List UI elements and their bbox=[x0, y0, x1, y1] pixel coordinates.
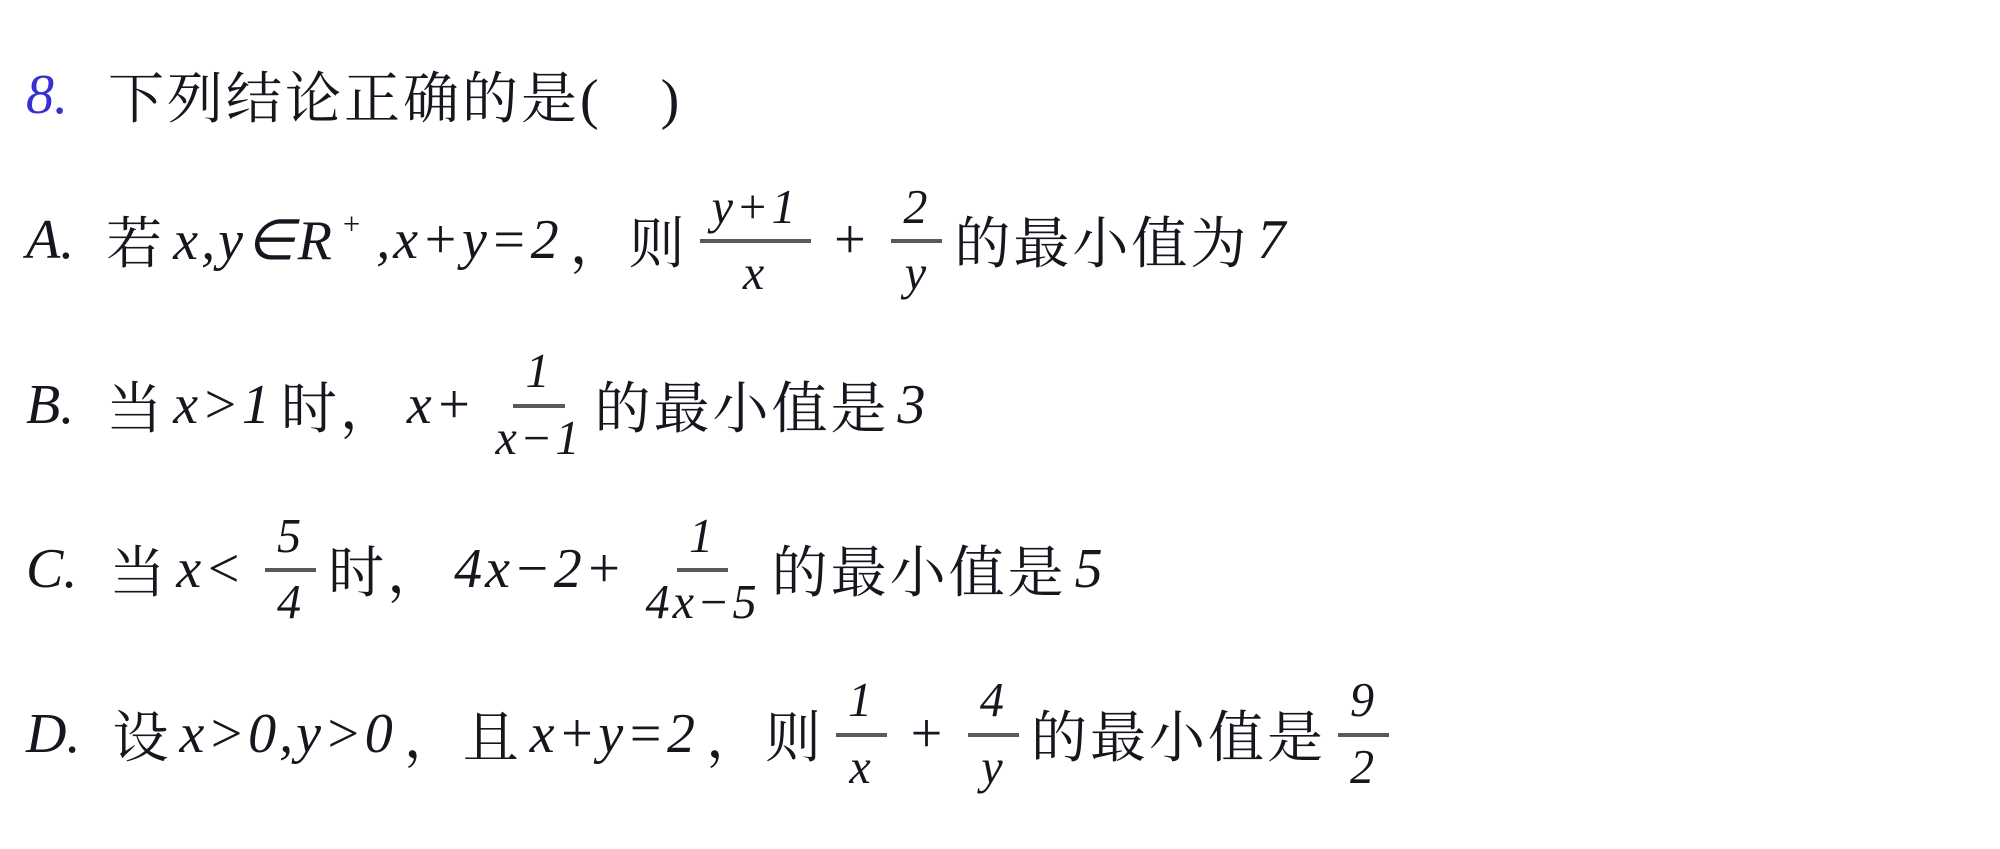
fraction-denominator: 2 bbox=[1350, 737, 1377, 794]
fraction-numerator: 1 bbox=[677, 510, 728, 573]
question-number: 8. bbox=[26, 63, 68, 127]
math-run: ,x+y=2 bbox=[376, 208, 561, 272]
chinese-text-run: 时， bbox=[328, 529, 446, 609]
chinese-text-run: 时， bbox=[281, 365, 399, 445]
math-run: x,y∈R bbox=[173, 208, 335, 273]
chinese-text-run: 的最小值是 bbox=[772, 529, 1067, 609]
fraction: 1x bbox=[836, 674, 887, 793]
option-c-label: C. bbox=[26, 537, 77, 601]
option-a-label: A. bbox=[26, 208, 74, 272]
math-run: + bbox=[831, 208, 872, 272]
math-run: 5 bbox=[1075, 537, 1106, 601]
fraction-numerator: 2 bbox=[891, 181, 942, 244]
fraction: y+1x bbox=[700, 181, 811, 300]
question-stem: 下列结论正确的是 bbox=[108, 55, 580, 135]
math-run: 4x−2+ bbox=[454, 537, 625, 601]
fraction: 54 bbox=[265, 510, 316, 629]
fraction: 4y bbox=[968, 674, 1019, 793]
chinese-text-run: 的最小值是 bbox=[594, 365, 889, 445]
fraction: 14x−5 bbox=[646, 510, 760, 629]
chinese-text-run: 的最小值为 bbox=[954, 200, 1249, 280]
fraction: 92 bbox=[1338, 674, 1389, 793]
fraction: 2y bbox=[891, 181, 942, 300]
chinese-text-run: 当 bbox=[109, 529, 168, 609]
option-a: A. 若x,y∈R+,x+y=2，则y+1x+2y的最小值为7 bbox=[26, 181, 1990, 300]
fraction-denominator: y bbox=[905, 243, 929, 300]
option-a-content: 若x,y∈R+,x+y=2，则y+1x+2y的最小值为7 bbox=[106, 181, 1296, 300]
chinese-text-run: ，则 bbox=[706, 694, 824, 774]
fraction-numerator: 4 bbox=[968, 674, 1019, 737]
chinese-text-run: 当 bbox=[106, 365, 165, 445]
fraction-numerator: y+1 bbox=[700, 181, 811, 244]
fraction-denominator: x bbox=[849, 737, 873, 794]
option-b-content: 当x>1时，x+1x−1的最小值是3 bbox=[106, 345, 936, 464]
fraction-denominator: 4x−5 bbox=[646, 572, 760, 629]
option-b: B. 当x>1时，x+1x−1的最小值是3 bbox=[26, 345, 1990, 464]
fraction-numerator: 9 bbox=[1338, 674, 1389, 737]
fraction-denominator: x bbox=[743, 243, 767, 300]
option-d: D. 设x>0,y>0，且x+y=2，则1x+4y的最小值是92 bbox=[26, 674, 1990, 793]
math-run: x+ bbox=[407, 373, 476, 437]
question-line: 8. 下列结论正确的是 ( ) bbox=[26, 55, 1990, 135]
chinese-text-run: ，且 bbox=[404, 694, 522, 774]
chinese-text-run: 的最小值是 bbox=[1031, 694, 1326, 774]
fraction-denominator: x−1 bbox=[496, 408, 583, 465]
option-d-label: D. bbox=[26, 702, 80, 766]
option-b-label: B. bbox=[26, 373, 74, 437]
chinese-text-run: ，则 bbox=[570, 200, 688, 280]
chinese-text-run: 设 bbox=[112, 694, 171, 774]
fraction-numerator: 1 bbox=[513, 345, 564, 408]
answer-paren: ( ) bbox=[580, 55, 682, 135]
fraction-denominator: 4 bbox=[277, 572, 304, 629]
chinese-text-run: 若 bbox=[106, 200, 165, 280]
option-c-content: 当x<54时，4x−2+14x−5的最小值是5 bbox=[109, 510, 1113, 629]
math-run: x>1 bbox=[173, 373, 273, 437]
fraction-denominator: y bbox=[981, 737, 1005, 794]
math-question-page: 8. 下列结论正确的是 ( ) A. 若x,y∈R+,x+y=2，则y+1x+2… bbox=[0, 0, 2000, 849]
math-run: x< bbox=[176, 537, 245, 601]
math-run: x+y=2 bbox=[530, 702, 698, 766]
math-run: + bbox=[907, 702, 948, 766]
option-c: C. 当x<54时，4x−2+14x−5的最小值是5 bbox=[26, 510, 1990, 629]
fraction-numerator: 1 bbox=[836, 674, 887, 737]
fraction-numerator: 5 bbox=[265, 510, 316, 573]
math-run: x>0,y>0 bbox=[179, 702, 395, 766]
math-superscript: + bbox=[343, 208, 360, 272]
option-d-content: 设x>0,y>0，且x+y=2，则1x+4y的最小值是92 bbox=[112, 674, 1401, 793]
fraction: 1x−1 bbox=[496, 345, 583, 464]
math-run: 3 bbox=[897, 373, 928, 437]
math-run: 7 bbox=[1257, 208, 1288, 272]
